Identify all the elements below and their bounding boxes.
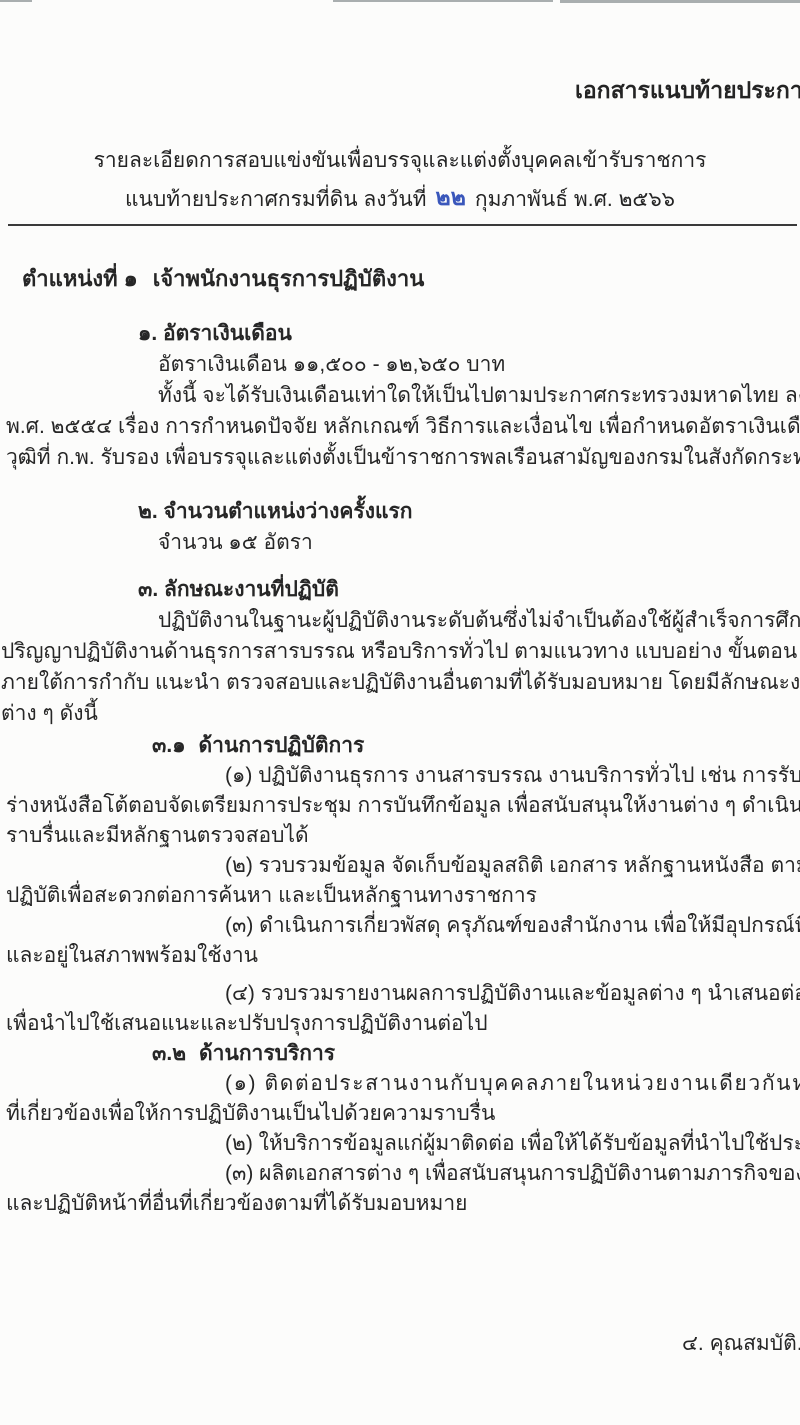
position-heading: ตำแหน่งที่ ๑เจ้าพนักงานธุรการปฏิบัติงาน: [22, 261, 424, 296]
title-line-2-before: แนบท้ายประกาศกรมที่ดิน ลงวันที่: [125, 188, 427, 211]
scan-edge-artifact: [560, 0, 800, 3]
scan-edge-artifact: [333, 0, 553, 2]
section-vacancy: ๒. จำนวนตำแหน่งว่างครั้งแรก จำนวน ๑๕ อัต…: [6, 496, 800, 558]
service-item-line: ที่เกี่ยวข้องเพื่อให้การปฏิบัติงานเป็นไป…: [6, 1099, 800, 1129]
salary-paragraph-line: ทั้งนี้ จะได้รับเงินเดือนเท่าใดให้เป็นไป…: [6, 380, 800, 411]
job-intro-line: ภายใต้การกำกับ แนะนำ ตรวจสอบและปฏิบัติงา…: [1, 667, 800, 698]
operations-subheading: ๓.๑ด้านการปฏิบัติการ: [6, 731, 800, 761]
section-salary: ๑. อัตราเงินเดือน อัตราเงินเดือน ๑๑,๕๐๐ …: [6, 318, 800, 473]
operations-subheading-label: ด้านการปฏิบัติการ: [199, 734, 365, 757]
vacancy-count-line: จำนวน ๑๕ อัตรา: [6, 527, 800, 558]
operations-item-line: ปฏิบัติเพื่อสะดวกต่อการค้นหา และเป็นหลัก…: [6, 881, 800, 911]
handwritten-date: ๒๒: [436, 182, 466, 212]
operations-item-line: (๓) ดำเนินการเกี่ยวพัสดุ ครุภัณฑ์ของสำนั…: [6, 911, 800, 941]
salary-paragraph-line: วุฒิที่ ก.พ. รับรอง เพื่อบรรจุและแต่งตั้…: [6, 442, 800, 473]
operations-item-line: (๒) รวบรวมข้อมูล จัดเก็บข้อมูลสถิติ เอกส…: [6, 851, 800, 881]
salary-heading: ๑. อัตราเงินเดือน: [6, 318, 800, 349]
document-page: เอกสารแนบท้ายประกาศ รายละเอียดการสอบแข่ง…: [0, 0, 800, 1425]
operations-item-line: และอยู่ในสภาพพร้อมใช้งาน: [6, 941, 800, 971]
operations-item-line: เพื่อนำไปใช้เสนอแนะและปรับปรุงการปฏิบัติ…: [6, 1009, 800, 1039]
operations-item-line: (๔) รวบรวมรายงานผลการปฏิบัติงานและข้อมูล…: [6, 979, 800, 1009]
continuation-note: ๔. คุณสมบัติ...: [682, 1327, 800, 1360]
position-name: เจ้าพนักงานธุรการปฏิบัติงาน: [153, 266, 425, 291]
section-job-subsections: ๓.๑ด้านการปฏิบัติการ (๑) ปฏิบัติงานธุรกา…: [6, 731, 800, 1219]
job-intro-line: ปริญญาปฏิบัติงานด้านธุรการสารบรรณ หรือบร…: [1, 636, 800, 667]
title-line-2-after: กุมภาพันธ์ พ.ศ. ๒๕๖๖: [475, 188, 675, 211]
scan-edge-artifact: [0, 0, 32, 2]
operations-item-line: (๑) ปฏิบัติงานธุรการ งานสารบรรณ งานบริกา…: [6, 761, 800, 791]
service-item-line: (๓) ผลิตเอกสารต่าง ๆ เพื่อสนับสนุนการปฏิ…: [6, 1159, 800, 1189]
service-subheading-label: ด้านการบริการ: [199, 1042, 335, 1065]
title-line-1: รายละเอียดการสอบแข่งขันเพื่อบรรจุและแต่ง…: [0, 146, 800, 176]
document-title: รายละเอียดการสอบแข่งขันเพื่อบรรจุและแต่ง…: [0, 146, 800, 215]
service-item-line: และปฏิบัติหน้าที่อื่นที่เกี่ยวข้องตามที่…: [6, 1189, 800, 1219]
operations-subheading-number: ๓.๑: [152, 734, 186, 757]
horizontal-divider: [8, 224, 797, 226]
salary-rate-line: อัตราเงินเดือน ๑๑,๕๐๐ - ๑๒,๖๕๐ บาท: [6, 349, 800, 380]
operations-item-line: ร่างหนังสือโต้ตอบจัดเตรียมการประชุม การบ…: [6, 791, 800, 821]
job-heading: ๓. ลักษณะงานที่ปฏิบัติ: [6, 574, 800, 605]
service-item-line: (๒) ให้บริการข้อมูลแก่ผู้มาติดต่อ เพื่อใ…: [6, 1129, 800, 1159]
service-subheading-number: ๓.๒: [152, 1042, 186, 1065]
service-subheading: ๓.๒ด้านการบริการ: [6, 1039, 800, 1069]
job-intro-line: ปฏิบัติงานในฐานะผู้ปฏิบัติงานระดับต้นซึ่…: [6, 605, 800, 636]
operations-item-line: ราบรื่นและมีหลักฐานตรวจสอบได้: [6, 821, 800, 851]
title-line-2: แนบท้ายประกาศกรมที่ดิน ลงวันที่๒๒กุมภาพั…: [0, 183, 800, 215]
salary-paragraph-line: พ.ศ. ๒๕๕๔ เรื่อง การกำหนดปัจจัย หลักเกณฑ…: [6, 411, 800, 442]
vacancy-heading: ๒. จำนวนตำแหน่งว่างครั้งแรก: [6, 496, 800, 527]
attachment-header-note: เอกสารแนบท้ายประกาศ: [575, 73, 800, 109]
section-job-description: ๓. ลักษณะงานที่ปฏิบัติ ปฏิบัติงานในฐานะผ…: [6, 574, 800, 729]
service-item-line: (๑) ติดต่อประสานงานกับบุคคลภายในหน่วยงาน…: [6, 1069, 800, 1099]
position-number-label: ตำแหน่งที่ ๑: [22, 266, 138, 291]
job-intro-line: ต่าง ๆ ดังนี้: [1, 698, 800, 729]
